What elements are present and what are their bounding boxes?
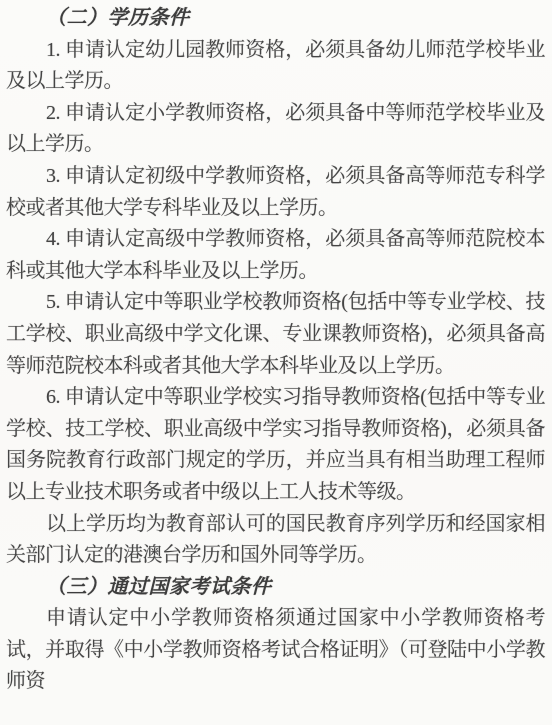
para-kindergarten-teacher: 1. 申请认定幼儿园教师资格，必须具备幼儿师范学校毕业及以上学历。 [6,35,545,98]
para-junior-middle-teacher: 3. 申请认定初级中学教师资格，必须具备高等师范专科学校或者其他大学专科毕业及以… [6,161,545,224]
section-heading-national-exam: （三）通过国家考试条件 [6,572,545,604]
para-vocational-school-teacher: 5. 申请认定中等职业学校教师资格(包括中等专业学校、技工学校、职业高级中学文化… [6,287,545,382]
para-vocational-internship-teacher: 6. 申请认定中等职业学校实习指导教师资格(包括中等专业学校、技工学校、职业高级… [6,382,545,508]
para-recognized-degrees-note: 以上学历均为教育部认可的国民教育序列学历和经国家相关部门认定的港澳台学历和国外同… [6,509,545,572]
document-page: （二）学历条件 1. 申请认定幼儿园教师资格，必须具备幼儿师范学校毕业及以上学历… [0,0,552,725]
para-primary-school-teacher: 2. 申请认定小学教师资格，必须具备中等师范学校毕业及以上学历。 [6,98,545,161]
section-heading-education-requirements: （二）学历条件 [6,3,545,35]
para-senior-middle-teacher: 4. 申请认定高级中学教师资格，必须具备高等师范院校本科或其他大学本科毕业及以上… [6,224,545,287]
para-exam-requirement: 申请认定中小学教师资格须通过国家中小学教师资格考试，并取得《中小学教师资格考试合… [6,603,545,698]
